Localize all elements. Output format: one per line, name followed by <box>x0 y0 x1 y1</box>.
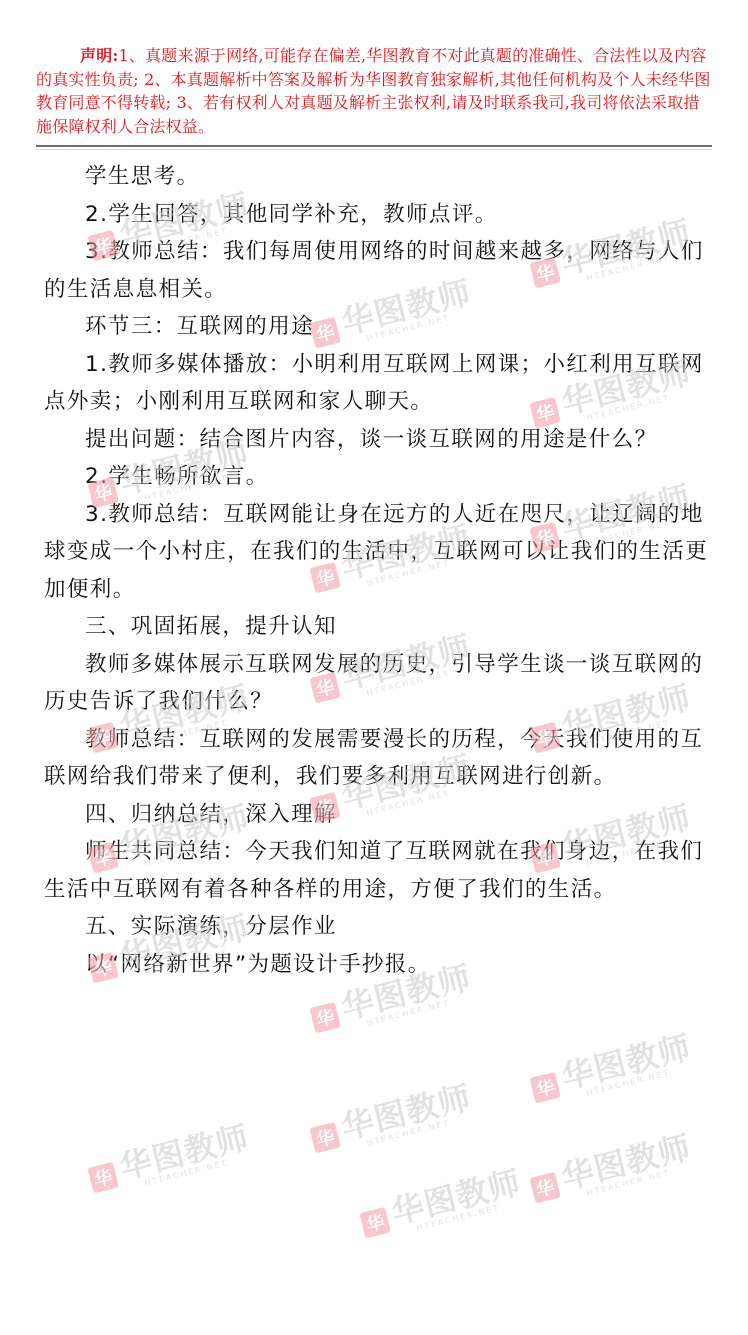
paragraph: 提出问题：结合图片内容，谈一谈互联网的用途是什么？ <box>44 421 714 459</box>
paragraph: 学生思考。 <box>44 158 714 196</box>
paragraph: 2.学生畅所欲言。 <box>44 458 714 496</box>
watermark: 华华图教师HTEACHER.NET <box>357 1166 526 1245</box>
paragraph: 1.教师多媒体播放：小明利用互联网上网课；小红利用互联网点外卖；小刚利用互联网和… <box>44 346 714 421</box>
paragraph: 师生共同总结：今天我们知道了互联网就在我们身边，在我们生活中互联网有着各种各样的… <box>44 833 714 908</box>
paragraph: 3.教师总结：我们每周使用网络的时间越来越多，网络与人们的生活息息相关。 <box>44 233 714 308</box>
disclaimer-notice: 声明:1、真题来源于网络,可能存在偏差,华图教育不对此真题的准确性、合法性以及内… <box>36 44 712 138</box>
paragraph: 以“网络新世界”为题设计手抄报。 <box>44 946 714 984</box>
section-heading: 五、实际演练，分层作业 <box>44 908 714 946</box>
header-divider <box>36 145 712 147</box>
watermark: 华华图教师HTEACHER.NET <box>527 1131 696 1210</box>
disclaimer-label: 声明: <box>80 46 119 65</box>
watermark-logo-icon: 华 <box>359 1206 391 1238</box>
watermark: 华华图教师HTEACHER.NET <box>527 1031 696 1110</box>
watermark-logo-icon: 华 <box>309 1121 341 1153</box>
disclaimer-text: 1、真题来源于网络,可能存在偏差,华图教育不对此真题的准确性、合法性以及内容的真… <box>36 46 711 136</box>
watermark-logo-icon: 华 <box>309 1001 341 1033</box>
paragraph: 3.教师总结：互联网能让身在远方的人近在咫尺，让辽阔的地球变成一个小村庄，在我们… <box>44 496 714 609</box>
section-heading: 环节三：互联网的用途 <box>44 308 714 346</box>
watermark: 华华图教师HTEACHER.NET <box>307 1081 476 1160</box>
paragraph: 教师总结：互联网的发展需要漫长的历程，今天我们使用的互联网给我们带来了便利，我们… <box>44 721 714 796</box>
paragraph: 2.学生回答，其他同学补充，教师点评。 <box>44 196 714 234</box>
watermark-logo-icon: 华 <box>87 1161 119 1193</box>
header-divider-shadow <box>36 149 712 150</box>
watermark-logo-icon: 华 <box>529 1071 561 1103</box>
paragraph: 教师多媒体展示互联网发展的历史，引导学生谈一谈互联网的历史告诉了我们什么？ <box>44 646 714 721</box>
section-heading: 四、归纳总结，深入理解 <box>44 796 714 834</box>
document-body: 学生思考。 2.学生回答，其他同学补充，教师点评。 3.教师总结：我们每周使用网… <box>44 158 714 983</box>
watermark-logo-icon: 华 <box>529 1171 561 1203</box>
section-heading: 三、巩固拓展，提升认知 <box>44 608 714 646</box>
watermark: 华华图教师HTEACHER.NET <box>85 1121 254 1200</box>
